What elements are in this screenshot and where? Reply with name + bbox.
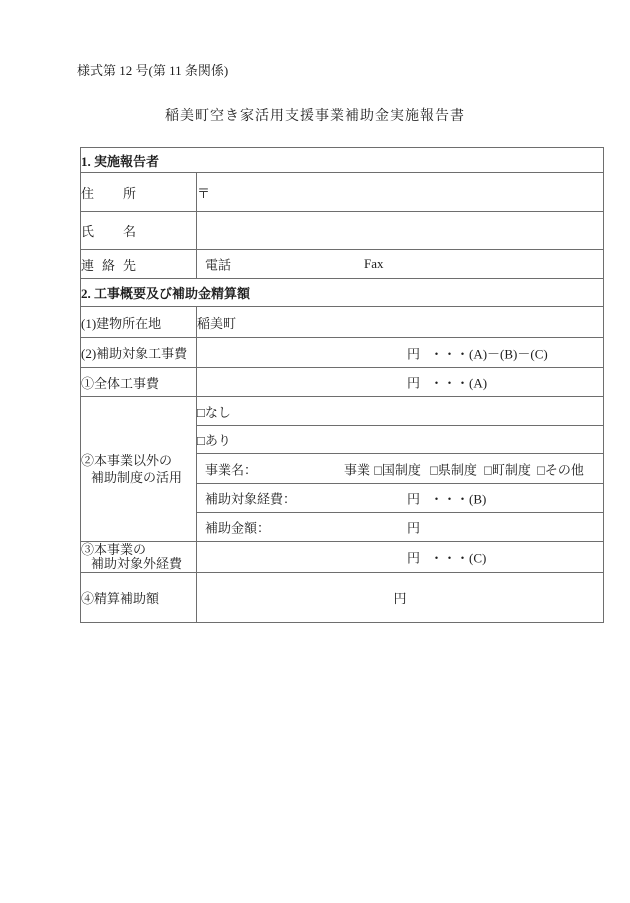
total-cost-label: ①全体工事費	[81, 368, 197, 397]
eligible-expense-label: 補助対象経費：	[205, 489, 296, 508]
checkbox-yes-option: □あり	[197, 433, 231, 448]
option-yes-cell: □あり	[197, 426, 604, 454]
total-cost-value-cell: 円 ・・・(A)	[197, 368, 604, 397]
eligible-expense-cell: 補助対象経費： 円 ・・・(B)	[197, 484, 604, 513]
project-name-label: 事業名：	[205, 459, 257, 478]
building-location-label: (1)建物所在地	[81, 307, 197, 338]
yen-unit: 円	[394, 591, 407, 606]
section2-header: 2. 工事概要及び補助金精算額	[81, 279, 604, 307]
non-eligible-label-line1: ③本事業の	[81, 543, 196, 557]
contact-value-cell: 電話 Fax	[197, 250, 604, 279]
document-title: 稲美町空き家活用支援事業補助金実施報告書	[0, 105, 630, 125]
checkbox-other-system: □その他	[537, 459, 584, 478]
yen-unit: 円	[407, 373, 420, 392]
other-subsidy-label-line2: 補助制度の活用	[81, 469, 196, 486]
report-table: 1. 実施報告者 住所 〒 氏名 連絡先 電話 Fax 2. 工事概要及び補助金…	[80, 147, 604, 623]
section1-header: 1. 実施報告者	[81, 148, 604, 173]
yen-unit: 円	[407, 518, 420, 537]
form-number: 様式第 12 号(第 11 条関係)	[77, 60, 228, 79]
address-value-cell: 〒	[197, 173, 604, 212]
phone-label: 電話	[205, 255, 231, 274]
fax-label: Fax	[364, 256, 384, 272]
subsidized-cost-formula: ・・・(A)－(B)－(C)	[430, 343, 548, 362]
name-label: 氏名	[81, 212, 197, 250]
address-label: 住所	[81, 173, 197, 212]
option-none-cell: □なし	[197, 397, 604, 426]
checkbox-town-system: □町制度	[484, 459, 531, 478]
checkbox-none-option: □なし	[197, 405, 231, 420]
subsidy-amount-cell: 補助金額： 円	[197, 513, 604, 542]
non-eligible-value-cell: 円 ・・・(C)	[197, 542, 604, 573]
subsidized-cost-value-cell: 円 ・・・(A)－(B)－(C)	[197, 338, 604, 368]
total-cost-formula: ・・・(A)	[430, 373, 487, 392]
eligible-expense-formula: ・・・(B)	[430, 489, 486, 508]
other-subsidy-label-line1: ②本事業以外の	[81, 452, 196, 469]
settlement-value-cell: 円	[197, 573, 604, 623]
postal-mark: 〒	[197, 186, 210, 201]
project-word: 事業	[344, 459, 370, 478]
yen-unit: 円	[407, 489, 420, 508]
non-eligible-label: ③本事業の 補助対象外経費	[81, 542, 197, 573]
yen-unit: 円	[407, 548, 420, 567]
checkbox-national-system: □国制度	[374, 459, 421, 478]
name-value-cell	[197, 212, 604, 250]
non-eligible-label-line2: 補助対象外経費	[81, 557, 196, 571]
yen-unit: 円	[407, 343, 420, 362]
checkbox-prefecture-system: □県制度	[430, 459, 477, 478]
subsidized-cost-label: (2)補助対象工事費	[81, 338, 197, 368]
contact-label: 連絡先	[81, 250, 197, 279]
settlement-label: ④精算補助額	[81, 573, 197, 623]
subsidy-amount-label: 補助金額：	[205, 518, 270, 537]
project-name-cell: 事業名： 事業 □国制度 □県制度 □町制度 □その他	[197, 454, 604, 484]
document-page: 様式第 12 号(第 11 条関係) 稲美町空き家活用支援事業補助金実施報告書 …	[0, 0, 630, 903]
building-location-value: 稲美町	[197, 307, 604, 338]
non-eligible-formula: ・・・(C)	[430, 548, 486, 567]
other-subsidy-label: ②本事業以外の 補助制度の活用	[81, 397, 197, 542]
